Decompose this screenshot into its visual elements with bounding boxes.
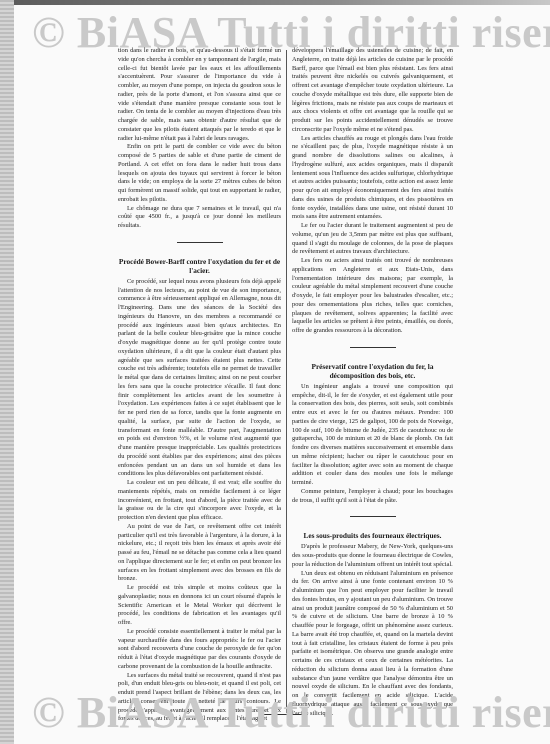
- watermark-top: © BiASA Tutti i diritti riservati: [32, 7, 550, 58]
- section-divider: [177, 242, 223, 243]
- section-divider: [350, 347, 396, 348]
- paragraph: La couleur est un peu délicate, il est v…: [118, 479, 281, 523]
- paragraph: Le chômage ne dura que 7 semaines et le …: [118, 205, 281, 231]
- paragraph: Comme peinture, l'employer à chaud; pour…: [292, 488, 453, 506]
- paragraph: Les articles chauffés au rouge et plongé…: [292, 135, 453, 223]
- paragraph: Le procédé est très simple et moins coût…: [118, 584, 281, 628]
- paragraph: Le fer ou l'acier durant le traitement a…: [292, 222, 453, 257]
- column-divider: [286, 50, 287, 713]
- paragraph: développera l'émaillage des ustensiles d…: [292, 47, 453, 135]
- paragraph: Ce procédé, sur lequel nous avons plusie…: [118, 278, 281, 479]
- section-heading-bower-barff: Procédé Bower-Barff contre l'oxydation d…: [118, 257, 281, 275]
- paragraph: Enfin on prit le parti de combler ce vid…: [118, 143, 281, 204]
- paragraph: Un ingénieur anglais a trouvé une compos…: [292, 383, 453, 488]
- paragraph: Les fers ou aciers ainsi traités ont tro…: [292, 257, 453, 336]
- right-column: développera l'émaillage des ustensiles d…: [292, 47, 453, 718]
- scan-edge-left: [0, 0, 14, 744]
- section-divider: [350, 516, 396, 517]
- document-page: © BiASA Tutti i diritti riservati tion d…: [14, 5, 550, 744]
- watermark-bottom: © BiASA Tutti i diritti riservati: [32, 687, 550, 738]
- paragraph: D'après le professeur Mabery, de New-Yor…: [292, 543, 453, 569]
- paragraph: Au point de vue de l'art, ce revêtement …: [118, 523, 281, 584]
- paragraph: Le procédé consiste essentiellement à tr…: [118, 628, 281, 672]
- section-heading-preservatif: Préservatif contre l'oxydation du fer, l…: [292, 362, 453, 380]
- section-heading-sous-produits: Les sous-produits des fourneaux électriq…: [292, 531, 453, 540]
- paragraph: tion dans le radier en bois, et qu'au-de…: [118, 47, 281, 143]
- left-column: tion dans le radier en bois, et qu'au-de…: [118, 47, 281, 724]
